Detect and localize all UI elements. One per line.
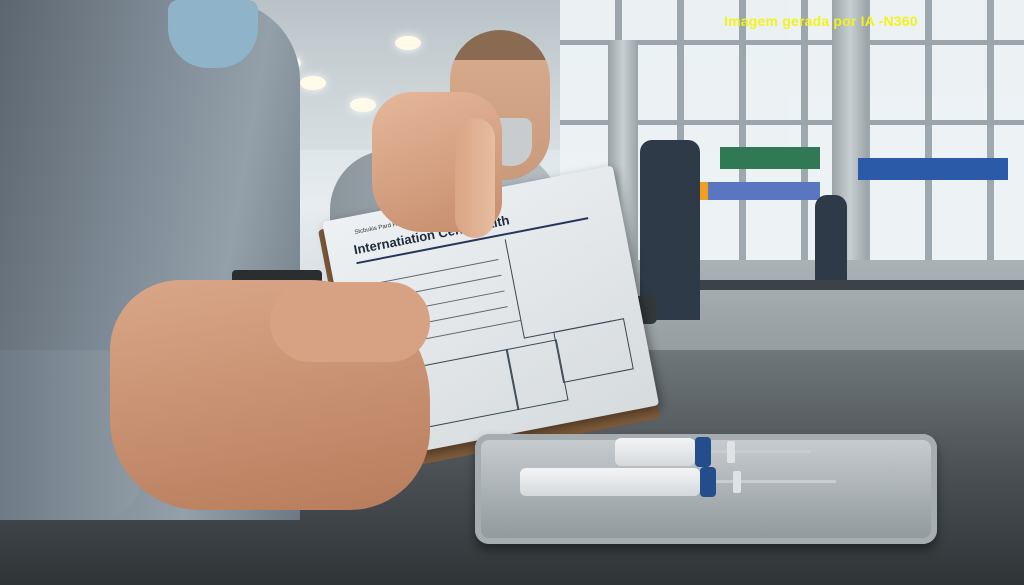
syringe-needle [711,450,811,453]
vaccine-vial [520,468,700,496]
vaccine-vial [615,438,695,466]
airport-sign-blue [858,158,1008,180]
thumb [270,282,430,362]
face-mask [168,0,258,68]
queue-barrier [700,280,1024,290]
syringe-plunger [733,471,741,493]
airport-sign-banner [680,182,820,200]
background-traveler [815,195,847,285]
form-section-right [505,222,612,338]
metal-tray [475,434,937,544]
background-traveler [640,140,700,320]
ai-watermark: Imagem gerada por IA -N360 [724,13,918,29]
vial-cap [695,437,711,467]
vial-cap [700,467,716,497]
syringe-plunger [727,441,735,463]
index-finger [455,118,495,238]
ceiling-light [300,76,326,90]
airport-sign-green [720,147,820,169]
